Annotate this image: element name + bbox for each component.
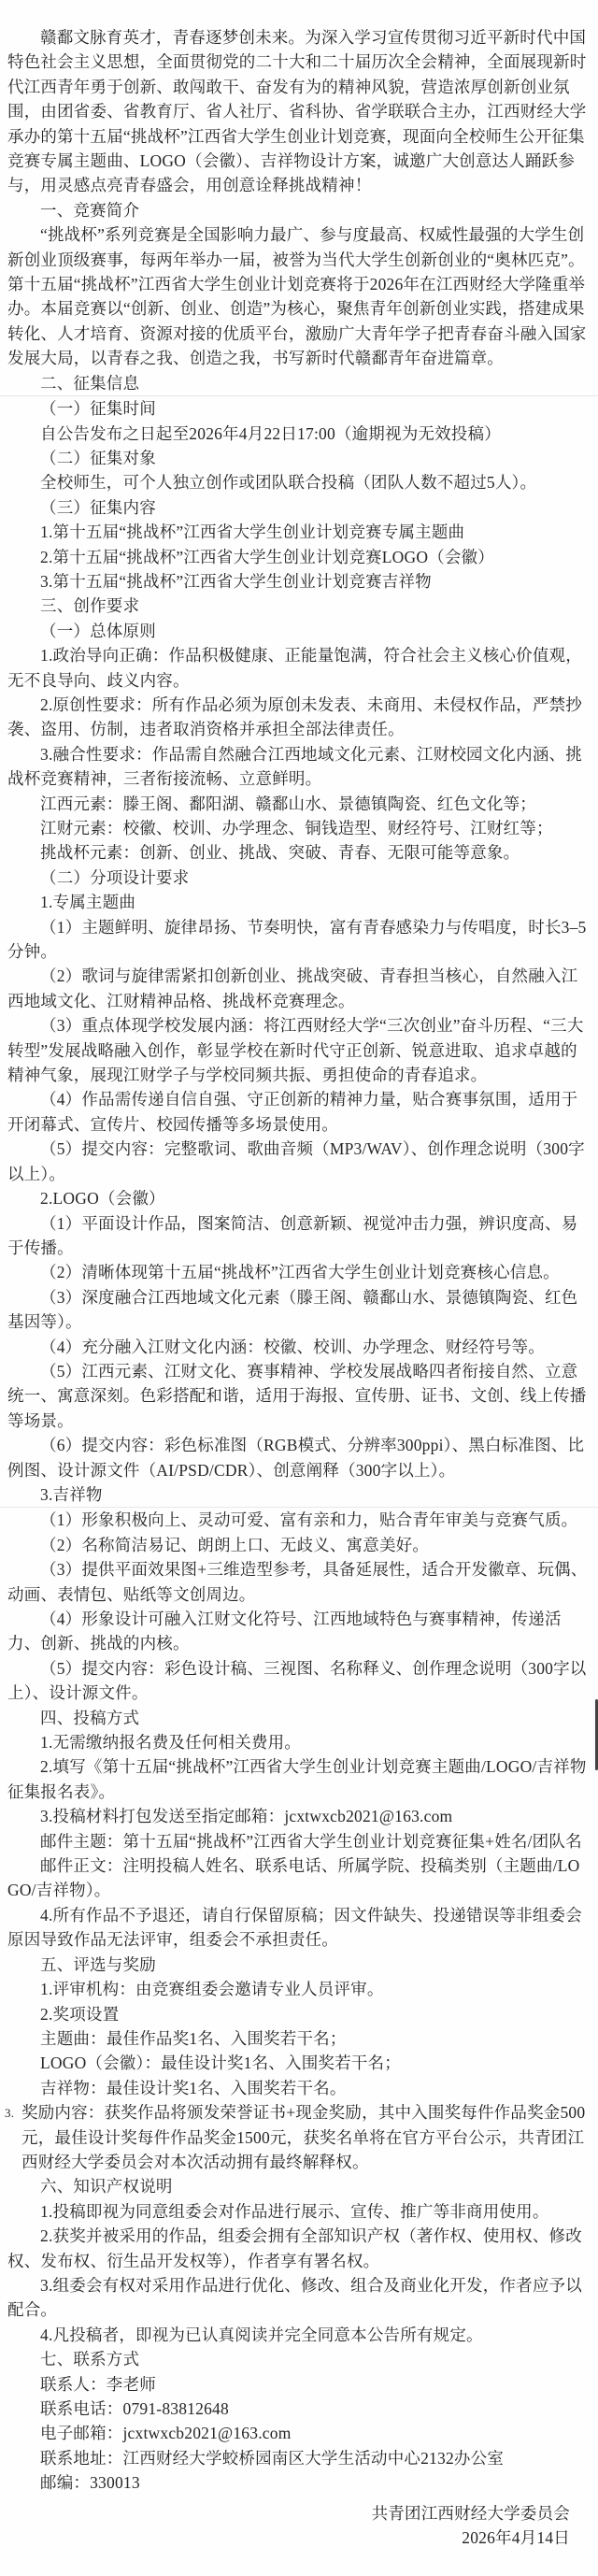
paragraph: 电子邮箱：jcxtwxcb2021@163.com [7, 2421, 591, 2445]
numbered-list-item: 3.奖励内容：获奖作品将颁发荣誉证书+现金奖励，其中入围奖每件作品奖金500元，… [21, 2100, 591, 2174]
paragraph: LOGO（会徽）：最佳设计奖1名、入围奖若干名； [7, 2051, 591, 2075]
paragraph: （6）提交内容：彩色标准图（RGB模式、分辨率300ppi）、黑白标准图、比例图… [7, 1433, 591, 1482]
paragraph: （3）重点体现学校发展内涵：将江西财经大学“三次创业”奋斗历程、“三大转型”发展… [7, 1013, 591, 1087]
paragraph: （5）提交内容：完整歌词、歌曲音频（MP3/WAV）、创作理念说明（300字以上… [7, 1137, 591, 1186]
list-item-marker: 3. [5, 2101, 14, 2125]
paragraph: （1）主题鲜明、旋律昂扬、节奏明快，富有青春感染力与传唱度，时长3–5分钟。 [7, 915, 591, 965]
paragraph: （2）歌词与旋律需紧扣创新创业、挑战突破、青春担当核心，自然融入江西地域文化、江… [7, 964, 591, 1013]
paragraph: 2.获奖并被采用的作品，组委会拥有全部知识产权（著作权、使用权、修改权、发布权、… [7, 2224, 591, 2273]
paragraph: 邮件主题：第十五届“挑战杯”江西省大学生创业计划竞赛征集+姓名/团队名 [7, 1829, 591, 1853]
paragraph: 挑战杯元素：创新、创业、挑战、突破、青春、无限可能等意象。 [7, 840, 591, 865]
paragraph: 联系地址：江西财经大学蛟桥园南区大学生活动中心2132办公室 [7, 2446, 591, 2470]
section-heading: 七、联系方式 [7, 2347, 591, 2371]
paragraph: 邮编：330013 [7, 2470, 591, 2495]
document-body: 赣鄱文脉育英才，青春逐梦创未来。为深入学习宣传贯彻习近平新时代中国特色社会主义思… [7, 25, 591, 2550]
paragraph: 3.融合性要求：作品需自然融合江西地域文化元素、江财校园文化内涵、挑战杯竞赛精神… [7, 742, 591, 792]
paragraph: “挑战杯”系列竞赛是全国影响力最广、参与度最高、权威性最强的大学生创新创业顶级赛… [7, 222, 591, 370]
paragraph: （2）清晰体现第十五届“挑战杯”江西省大学生创业计划竞赛核心信息。 [7, 1260, 591, 1284]
subsection-heading: （一）总体原则 [7, 619, 591, 643]
paragraph: （1）形象积极向上、灵动可爱、富有亲和力，贴合青年审美与竞赛气质。 [7, 1508, 591, 1532]
paragraph: （4）作品需传递自信自强、守正创新的精神力量，贴合赛事氛围，适用于开闭幕式、宣传… [7, 1087, 591, 1137]
section-heading: 四、投稿方式 [7, 1706, 591, 1730]
paragraph: 联系人：李老师 [7, 2372, 591, 2397]
paragraph: 2.第十五届“挑战杯”江西省大学生创业计划竞赛LOGO（会徽） [7, 545, 591, 569]
paragraph: （3）提供平面效果图+三维造型参考，具备延展性，适合开发徽章、玩偶、动画、表情包… [7, 1557, 591, 1607]
paragraph: 自公告发布之日起至2026年4月22日17:00（逾期视为无效投稿） [7, 422, 591, 446]
announcement-document: 赣鄱文脉育英才，青春逐梦创未来。为深入学习宣传贯彻习近平新时代中国特色社会主义思… [0, 0, 598, 2576]
subsection-heading: （一）征集时间 [7, 396, 591, 421]
section-heading: 五、评选与奖励 [7, 1953, 591, 1977]
paragraph: 3.组委会有权对采用作品进行优化、修改、组合及商业化开发，作者应予以配合。 [7, 2273, 591, 2323]
section-heading: 六、知识产权说明 [7, 2174, 591, 2198]
paragraph: 3.第十五届“挑战杯”江西省大学生创业计划竞赛吉祥物 [7, 569, 591, 594]
paragraph: 2.原创性要求：所有作品必须为原创未发表、未商用、未侵权作品，严禁抄袭、盗用、仿… [7, 693, 591, 742]
paragraph: 1.无需缴纳报名费及任何相关费用。 [7, 1730, 591, 1754]
paragraph: 2.奖项设置 [7, 2002, 591, 2026]
paragraph: （2）名称简洁易记、朗朗上口、无歧义、寓意美好。 [7, 1533, 591, 1557]
subsection-heading: （二）分项设计要求 [7, 866, 591, 890]
paragraph: 1.投稿即视为同意组委会对作品进行展示、宣传、推广等非商用使用。 [7, 2199, 591, 2224]
paragraph: （3）深度融合江西地域文化元素（滕王阁、赣鄱山水、景德镇陶瓷、红色基因等）。 [7, 1285, 591, 1335]
paragraph: 联系电话：0791-83812648 [7, 2397, 591, 2421]
paragraph: 4.所有作品不予退还，请自行保留原稿；因文件缺失、投递错误等非组委会原因导致作品… [7, 1903, 591, 1953]
section-heading: 二、征集信息 [7, 371, 591, 395]
section-heading: 三、创作要求 [7, 594, 591, 618]
paragraph: 1.第十五届“挑战杯”江西省大学生创业计划竞赛专属主题曲 [7, 520, 591, 544]
paragraph: （5）提交内容：彩色设计稿、三视图、名称释义、创作理念说明（300字以上）、设计… [7, 1656, 591, 1706]
signature-line: 2026年4月14日 [7, 2526, 591, 2550]
paragraph: 1.政治导向正确：作品积极健康、正能量饱满，符合社会主义核心价值观，无不良导向、… [7, 643, 591, 693]
signature-line: 共青团江西财经大学委员会 [7, 2501, 591, 2526]
paragraph: （4）充分融入江财文化内涵：校徽、校训、办学理念、财经符号等。 [7, 1335, 591, 1359]
subsection-heading: （三）征集内容 [7, 495, 591, 520]
paragraph: 吉祥物：最佳设计奖1名、入围奖若干名。 [7, 2076, 591, 2100]
paragraph: 3.投稿材料打包发送至指定邮箱：jcxtwxcb2021@163.com [7, 1804, 591, 1828]
paragraph: （4）形象设计可融入江财文化符号、江西地域特色与赛事精神，传递活力、创新、挑战的… [7, 1607, 591, 1656]
paragraph: 3.吉祥物 [7, 1482, 591, 1507]
section-heading: 一、竞赛简介 [7, 198, 591, 222]
list-item-text: 奖励内容：获奖作品将颁发荣誉证书+现金奖励，其中入围奖每件作品奖金500元，最佳… [21, 2103, 585, 2171]
paragraph: 1.专属主题曲 [7, 890, 591, 914]
paragraph: 2.填写《第十五届“挑战杯”江西省大学生创业计划竞赛主题曲/LOGO/吉祥物征集… [7, 1754, 591, 1804]
subsection-heading: （二）征集对象 [7, 446, 591, 470]
paragraph: 主题曲：最佳作品奖1名、入围奖若干名； [7, 2026, 591, 2051]
paragraph: 全校师生，可个人独立创作或团队联合投稿（团队人数不超过5人）。 [7, 470, 591, 494]
paragraph: （5）江西元素、江财文化、赛事精神、学校发展战略四者衔接自然、立意统一、寓意深刻… [7, 1359, 591, 1433]
paragraph: 江西元素：滕王阁、鄱阳湖、赣鄱山水、景德镇陶瓷、红色文化等； [7, 792, 591, 816]
paragraph: 邮件正文：注明投稿人姓名、联系电话、所属学院、投稿类别（主题曲/LOGO/吉祥物… [7, 1853, 591, 1903]
paragraph: （1）平面设计作品，图案简洁、创意新颖、视觉冲击力强，辨识度高、易于传播。 [7, 1211, 591, 1261]
paragraph: 2.LOGO（会徽） [7, 1186, 591, 1210]
paragraph: 赣鄱文脉育英才，青春逐梦创未来。为深入学习宣传贯彻习近平新时代中国特色社会主义思… [7, 25, 591, 198]
paragraph: 1.评审机构：由竞赛组委会邀请专业人员评审。 [7, 1977, 591, 2001]
paragraph: 4.凡投稿者，即视为已认真阅读并完全同意本公告所有规定。 [7, 2323, 591, 2347]
paragraph: 江财元素：校徽、校训、办学理念、铜钱造型、财经符号、江财红等； [7, 816, 591, 840]
